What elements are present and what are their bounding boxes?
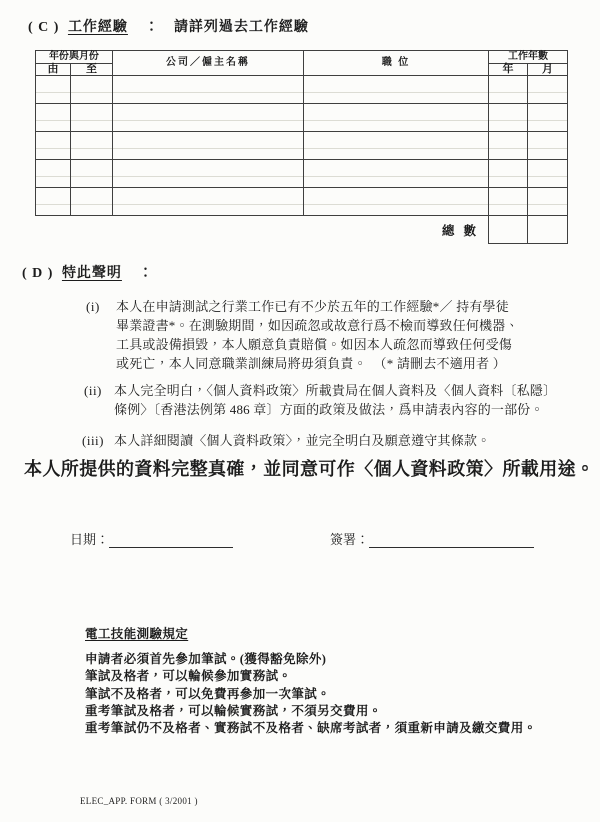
header-period-group: 年份與月份: [36, 51, 113, 64]
cell-position: [304, 104, 489, 132]
section-d-colon: ：: [138, 266, 153, 281]
cell-month: [528, 104, 568, 132]
section-c-title: 工作經驗: [68, 20, 128, 35]
regulation-line: 筆試不及格者，可以免費再參加一次筆試。: [85, 686, 537, 703]
section-d-heading: ( D ) 特此聲明 ：: [22, 262, 153, 282]
regulation-line: 重考筆試及格者，可以輪候實務試，不須另交費用。: [85, 703, 537, 720]
cell-position: [304, 132, 489, 160]
cell-company: [113, 76, 304, 104]
cell-from: [36, 104, 71, 132]
item-text: 本人完全明白，〈個人資料政策〉所載貴局在個人資料及〈個人資料〔私隱〕 條例〉〔香…: [114, 381, 576, 419]
cell-to: [71, 104, 113, 132]
section-c-label: ( C ): [28, 20, 59, 35]
cell-year: [489, 104, 528, 132]
cell-year: [489, 132, 528, 160]
cell-company: [113, 188, 304, 216]
item-marker: (i): [86, 297, 116, 373]
cell-position: [304, 160, 489, 188]
declaration-item-3: (iii) 本人詳細閱讀〈個人資料政策〉，並完全明白及願意遵守其條款。: [82, 431, 576, 450]
header-month: 月: [528, 64, 568, 76]
section-c-heading: ( C ) 工作經驗 ： 請詳列過去工作經驗: [28, 16, 309, 36]
cell-month: [528, 188, 568, 216]
section-d-title: 特此聲明: [62, 266, 122, 281]
section-d-label: ( D ): [22, 266, 53, 281]
cell-month: [528, 160, 568, 188]
total-label: 總 數: [36, 216, 489, 244]
total-month-cell: [528, 216, 568, 244]
signature-label: 簽署：: [330, 532, 369, 547]
regulation-line: 重考筆試仍不及格者、實務試不及格者、缺席考試者，須重新申請及繳交費用。: [85, 720, 537, 737]
header-position: 職 位: [304, 51, 489, 76]
item-text: 本人詳細閱讀〈個人資料政策〉，並完全明白及願意遵守其條款。: [114, 431, 576, 450]
cell-month: [528, 132, 568, 160]
work-experience-table: 年份與月份 公司／僱主名稱 職 位 工作年數 由 至 年 月: [35, 50, 568, 244]
signature-group: 簽署：: [330, 529, 534, 548]
header-year: 年: [489, 64, 528, 76]
experience-row: [36, 104, 568, 132]
experience-row: [36, 160, 568, 188]
cell-company: [113, 132, 304, 160]
header-company: 公司／僱主名稱: [113, 51, 304, 76]
signing-row: 日期： 簽署：: [0, 529, 600, 553]
cell-from: [36, 188, 71, 216]
cell-to: [71, 188, 113, 216]
date-label: 日期：: [70, 532, 109, 547]
experience-row: [36, 76, 568, 104]
item-marker: (ii): [84, 381, 114, 419]
regulation-line: 筆試及格者，可以輪候參加實務試。: [85, 668, 537, 685]
cell-from: [36, 76, 71, 104]
date-line: [109, 535, 233, 548]
cell-company: [113, 104, 304, 132]
experience-row: [36, 132, 568, 160]
regulation-line: 申請者必須首先參加筆試。(獲得豁免除外): [85, 651, 537, 668]
application-form-page: ( C ) 工作經驗 ： 請詳列過去工作經驗 年份與月份 公司／僱主名稱 職 位…: [0, 0, 600, 822]
cell-from: [36, 132, 71, 160]
cell-to: [71, 160, 113, 188]
cell-year: [489, 160, 528, 188]
cell-month: [528, 76, 568, 104]
header-to: 至: [71, 64, 113, 76]
form-code: ELEC_APP. FORM ( 3/2001 ): [80, 796, 198, 806]
section-c-subtitle: 請詳列過去工作經驗: [174, 20, 309, 35]
cell-position: [304, 188, 489, 216]
item-marker: (iii): [82, 431, 114, 450]
header-from: 由: [36, 64, 71, 76]
declaration-item-2: (ii) 本人完全明白，〈個人資料政策〉所載貴局在個人資料及〈個人資料〔私隱〕 …: [84, 381, 576, 419]
declaration-item-1: (i) 本人在申請測試之行業工作已有不少於五年的工作經驗*／ 持有學徒 畢業證書…: [86, 297, 578, 373]
total-year-cell: [489, 216, 528, 244]
cell-company: [113, 160, 304, 188]
cell-position: [304, 76, 489, 104]
experience-row: [36, 188, 568, 216]
signature-line: [369, 535, 534, 548]
regulations-title: 電工技能測驗規定: [85, 624, 537, 642]
section-c-colon: ：: [144, 20, 159, 35]
date-group: 日期：: [70, 529, 233, 548]
cell-from: [36, 160, 71, 188]
declaration-statement: 本人所提供的資料完整真確，並同意可作〈個人資料政策〉所載用途。: [24, 455, 594, 481]
cell-year: [489, 76, 528, 104]
regulations-block: 電工技能測驗規定 申請者必須首先參加筆試。(獲得豁免除外) 筆試及格者，可以輪候…: [85, 624, 537, 737]
header-years-group: 工作年數: [489, 51, 568, 64]
cell-to: [71, 132, 113, 160]
cell-to: [71, 76, 113, 104]
item-text: 本人在申請測試之行業工作已有不少於五年的工作經驗*／ 持有學徒 畢業證書*。在測…: [116, 297, 578, 373]
cell-year: [489, 188, 528, 216]
